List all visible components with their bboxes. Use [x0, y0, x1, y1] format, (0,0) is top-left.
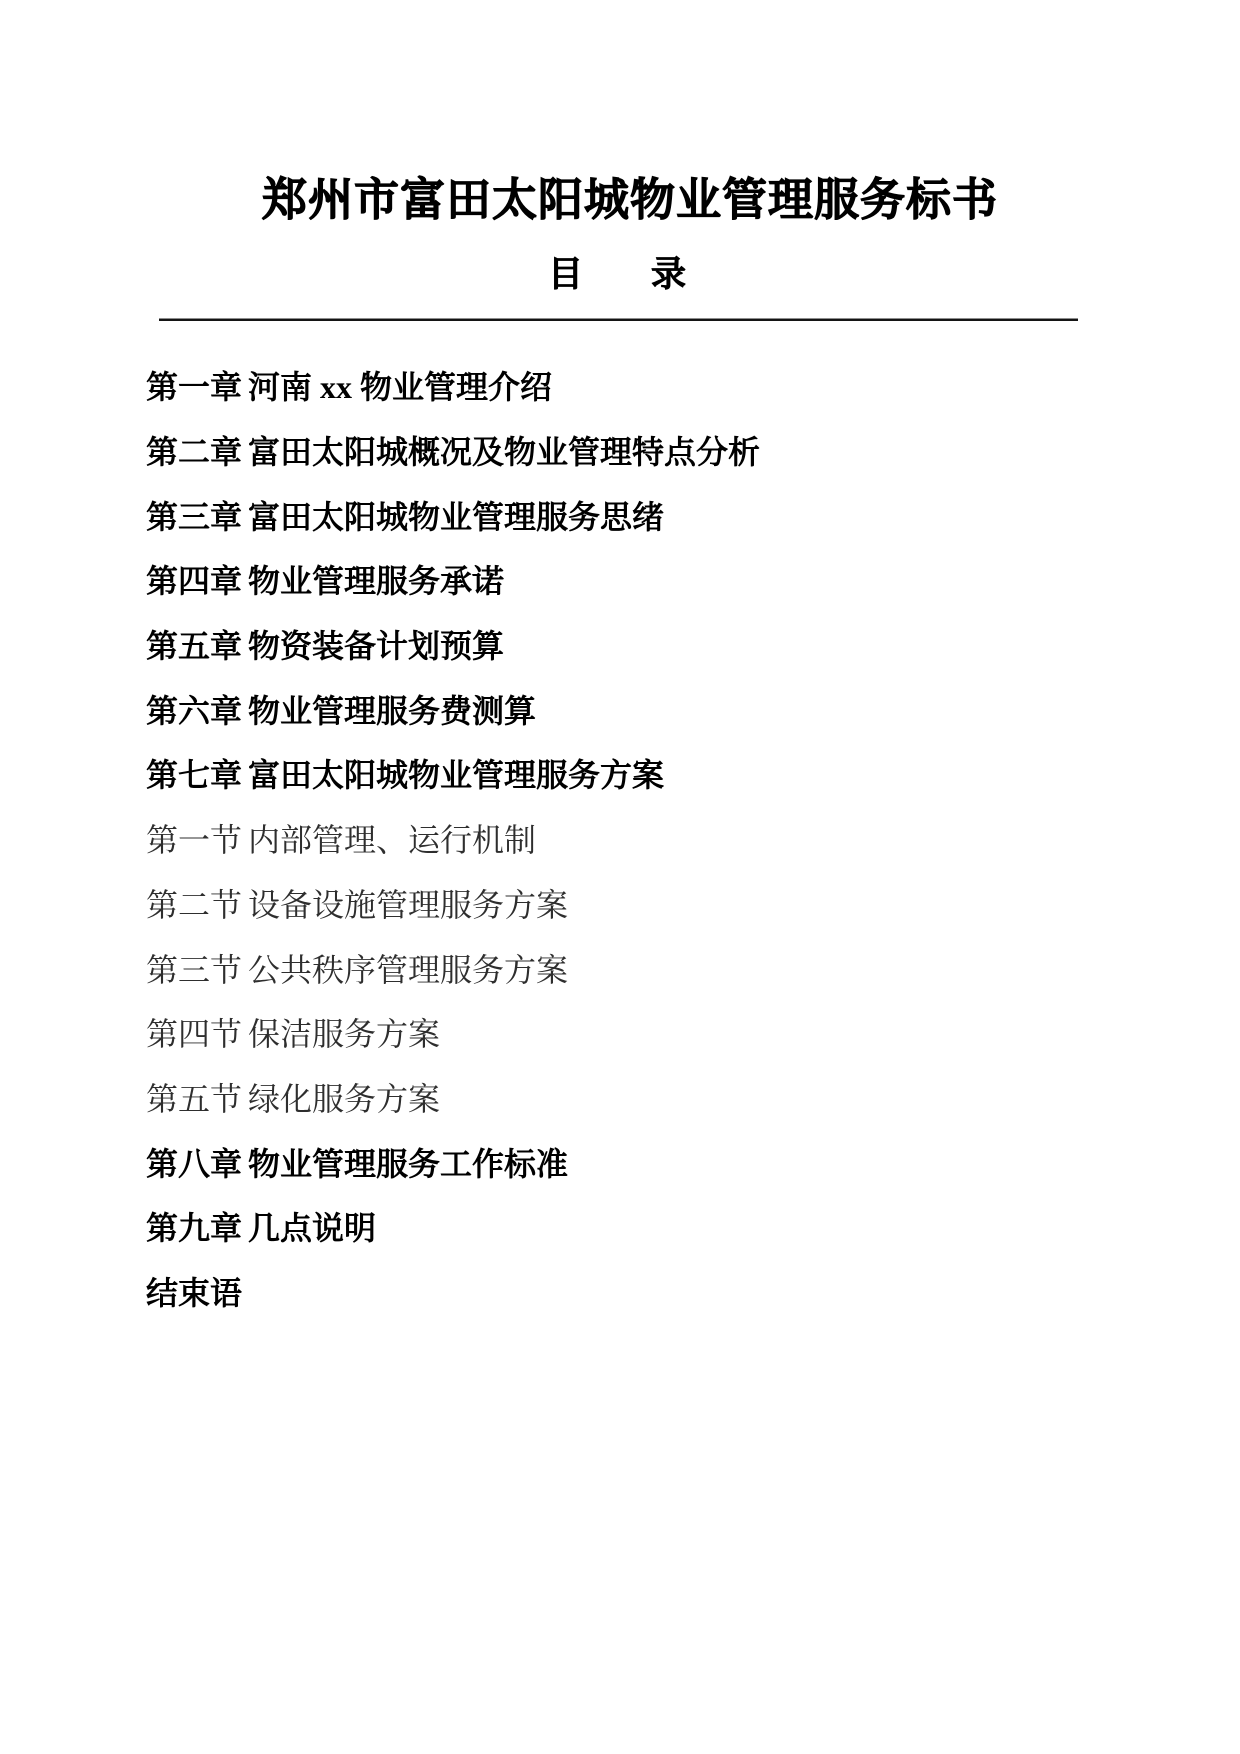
toc-entry-label: 第二节: [146, 889, 248, 921]
toc-entry-label: 第三节: [146, 954, 248, 986]
toc-entry: 第一章河南 xx 物业管理介绍: [146, 355, 1096, 420]
toc-entry-title: 物资装备计划预算: [248, 630, 504, 662]
toc-entry-title: 物业管理服务承诺: [248, 565, 504, 597]
toc-entry-title: 内部管理、运行机制: [248, 824, 536, 856]
toc-entry-label: 第六章: [146, 695, 248, 727]
toc-entry: 第五章物资装备计划预算: [146, 614, 1096, 679]
toc-entry-label: 第七章: [146, 759, 248, 791]
toc-entry: 第七章富田太阳城物业管理服务方案: [146, 743, 1096, 808]
toc-entry: 第二章富田太阳城概况及物业管理特点分析: [146, 420, 1096, 485]
toc-entry-title: 富田太阳城物业管理服务思绪: [248, 501, 664, 533]
toc-entry-label: 第八章: [146, 1148, 248, 1180]
toc-entry-label: 第二章: [146, 436, 248, 468]
toc-entry-title: 河南 xx 物业管理介绍: [248, 371, 552, 403]
toc-entry-title: 富田太阳城物业管理服务方案: [248, 759, 664, 791]
toc-heading: 目录: [0, 257, 1234, 292]
toc-entry-title: 物业管理服务工作标准: [248, 1148, 568, 1180]
toc-entry: 结束语: [146, 1261, 1096, 1326]
document-title: 郑州市富田太阳城物业管理服务标书: [20, 178, 1240, 223]
toc-heading-char-left: 目: [548, 255, 583, 294]
toc-entry: 第九章几点说明: [146, 1196, 1096, 1261]
toc-entry: 第二节设备设施管理服务方案: [146, 873, 1096, 938]
toc-entry-label: 第九章: [146, 1212, 248, 1244]
toc-entry-title: 公共秩序管理服务方案: [248, 954, 568, 986]
toc-entry: 第六章物业管理服务费测算: [146, 678, 1096, 743]
toc-entry: 第一节内部管理、运行机制: [146, 808, 1096, 873]
toc-entry-title: 物业管理服务费测算: [248, 695, 536, 727]
toc-entry-title: 几点说明: [248, 1212, 376, 1244]
toc-entry: 第三章富田太阳城物业管理服务思绪: [146, 484, 1096, 549]
toc-entry-label: 第四节: [146, 1018, 248, 1050]
toc-entry: 第五节绿化服务方案: [146, 1067, 1096, 1132]
toc-entry-title: 保洁服务方案: [248, 1018, 440, 1050]
toc-entry-label: 第五章: [146, 630, 248, 662]
toc-entry: 第八章物业管理服务工作标准: [146, 1131, 1096, 1196]
toc-entry-label: 第一章: [146, 371, 248, 403]
toc-entry-label: 第三章: [146, 501, 248, 533]
toc-entry-title: 富田太阳城概况及物业管理特点分析: [248, 436, 760, 468]
toc-entry-title: 绿化服务方案: [248, 1083, 440, 1115]
toc-entry-label: 第五节: [146, 1083, 248, 1115]
document-page: 郑州市富田太阳城物业管理服务标书 目录 第一章河南 xx 物业管理介绍第二章富田…: [0, 0, 1240, 1754]
heading-divider: [159, 318, 1078, 321]
toc-entry-title: 设备设施管理服务方案: [248, 889, 568, 921]
toc-entry-label: 第四章: [146, 565, 248, 597]
toc-heading-char-right: 录: [651, 255, 686, 294]
toc-entry-label: 结束语: [146, 1277, 248, 1309]
toc-entry: 第四节保洁服务方案: [146, 1002, 1096, 1067]
toc-entry-label: 第一节: [146, 824, 248, 856]
toc-entry: 第三节公共秩序管理服务方案: [146, 937, 1096, 1002]
toc-entry: 第四章物业管理服务承诺: [146, 549, 1096, 614]
toc-list: 第一章河南 xx 物业管理介绍第二章富田太阳城概况及物业管理特点分析第三章富田太…: [146, 355, 1096, 1325]
